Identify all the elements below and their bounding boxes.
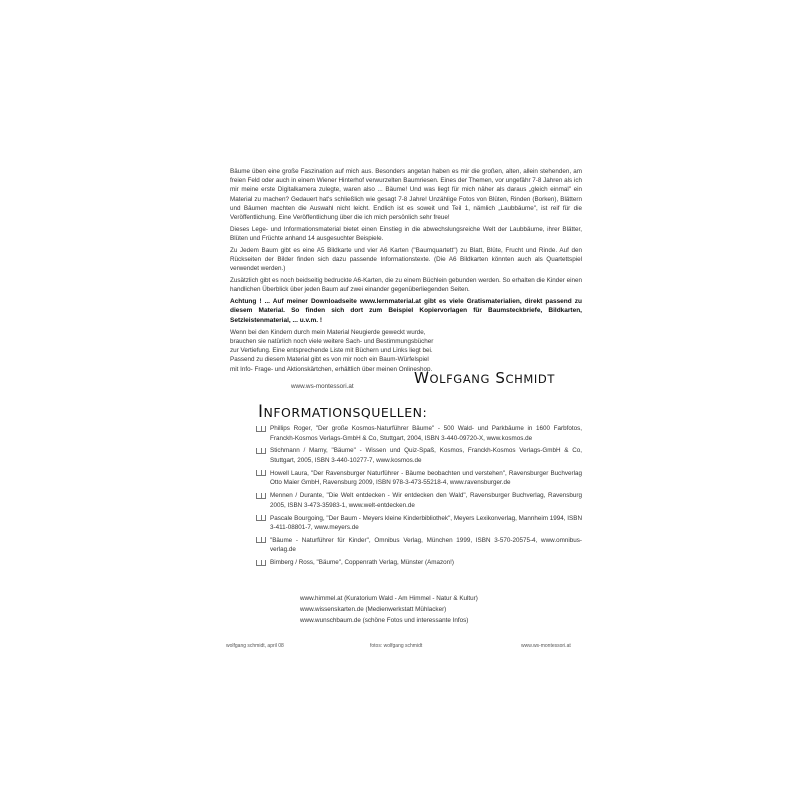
book-icon (256, 448, 266, 454)
source-item: Phillips Roger, "Der große Kosmos-Naturf… (256, 424, 582, 443)
link-wunschbaum[interactable]: www.wunschbaum.de (schöne Fotos und inte… (300, 615, 478, 626)
sources-heading: INFORMATIONSQUELLEN: (258, 402, 427, 422)
book-icon (256, 493, 266, 499)
source-item: Stichmann / Marny, "Bäume" - Wissen und … (256, 446, 582, 465)
link-himmel[interactable]: www.himmel.at (Kuratorium Wald - Am Himm… (300, 593, 478, 604)
footer-center: fotos: wolfgang schmidt (370, 643, 422, 649)
book-icon (256, 426, 266, 432)
book-icon (256, 515, 266, 521)
source-item: "Bäume - Naturführer für Kinder", Omnibu… (256, 536, 582, 555)
link-wissenskarten[interactable]: www.wissenskarten.de (Medienwerkstatt Mü… (300, 604, 478, 615)
shop-url: www.ws-montessori.at (291, 383, 354, 390)
source-item: Bimberg / Ross, "Bäume", Coppenrath Verl… (256, 558, 582, 568)
web-links: www.himmel.at (Kuratorium Wald - Am Himm… (300, 593, 478, 626)
download-note: Achtung ! ... Auf meiner Downloadseite w… (230, 297, 582, 325)
sources-list: Phillips Roger, "Der große Kosmos-Naturf… (256, 424, 582, 571)
source-item: Mennen / Durante, "Die Welt entdecken - … (256, 491, 582, 510)
closing-paragraph: Wenn bei den Kindern durch mein Material… (230, 328, 435, 374)
book-icon (256, 470, 266, 476)
intro-paragraph: Zu Jedem Baum gibt es eine A5 Bildkarte … (230, 246, 582, 274)
footer-right: www.ws-montessori.at (521, 643, 571, 649)
intro-text: Bäume üben eine große Faszination auf mi… (230, 167, 582, 376)
source-item: Howell Laura, "Der Ravensburger Naturfüh… (256, 469, 582, 488)
document-page: Bäume üben eine große Faszination auf mi… (0, 0, 800, 800)
author-signature: WOLFGANG SCHMIDT (414, 369, 555, 387)
footer-left: wolfgang schmidt, april 08 (226, 643, 284, 649)
intro-paragraph: Zusätzlich gibt es noch beidseitig bedru… (230, 276, 582, 294)
intro-paragraph: Bäume üben eine große Faszination auf mi… (230, 167, 582, 222)
book-icon (256, 560, 266, 566)
intro-paragraph: Dieses Lege- und Informationsmaterial bi… (230, 225, 582, 243)
source-item: Pascale Bourgoing, "Der Baum - Meyers kl… (256, 514, 582, 533)
book-icon (256, 537, 266, 543)
